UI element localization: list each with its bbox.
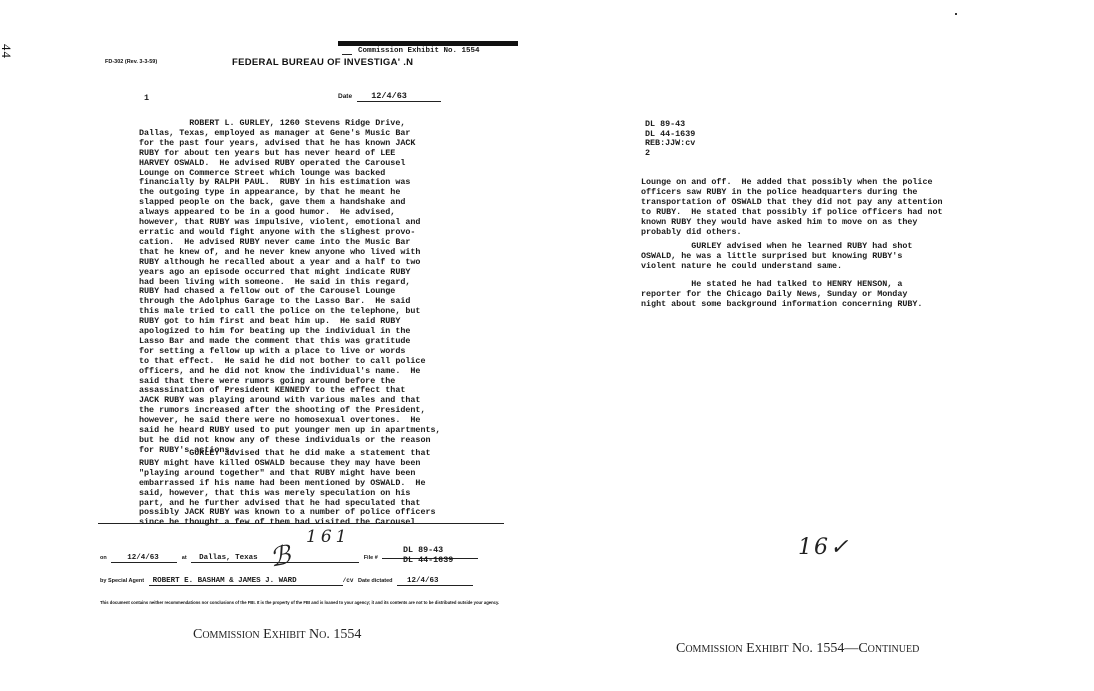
handwritten-number: 161 (306, 527, 350, 547)
sheet-number: 1 (144, 93, 149, 103)
interview-date: 12/4/63 (111, 554, 177, 563)
file-header: DL 89-43 DL 44-1639 REB:JJW:cv 2 (645, 120, 695, 159)
dictated-label: Date dictated (358, 578, 393, 584)
at-label: at (182, 555, 187, 561)
bureau-title: FEDERAL BUREAU OF INVESTIGA' .N (232, 57, 413, 68)
footer-rule (98, 523, 504, 524)
agent-label: by Special Agent (100, 578, 144, 584)
date-line: Date 12/4/63 (338, 91, 441, 102)
file-numbers: DL 89-43 DL 44-1639 (403, 546, 453, 565)
date-label: Date (338, 93, 352, 100)
rotated-page-number: 44 (0, 44, 14, 59)
handwritten-number: 16✓ (798, 535, 850, 560)
file-label: File # (364, 555, 378, 561)
on-label: on (100, 555, 107, 561)
date-value: 12/4/63 (357, 91, 441, 102)
disclaimer: This document contains neither recommend… (100, 600, 505, 605)
dictated-date: 12/4/63 (397, 577, 473, 586)
continued-paragraph-3: He stated he had talked to HENRY HENSON,… (641, 280, 922, 310)
interview-location: Dallas, Texas (191, 554, 359, 563)
exhibit-caption: Commission Exhibit No. 1554 (193, 627, 361, 643)
redaction-bar (338, 41, 518, 46)
continued-paragraph-2: GURLEY advised when he learned RUBY had … (641, 242, 912, 272)
exhibit-header: Commission Exhibit No. 1554 (358, 47, 480, 55)
exhibit-caption-continued: Commission Exhibit No. 1554—Continued (676, 641, 919, 657)
report-paragraph-2: GURLEY advised that he did make a statem… (139, 449, 436, 528)
header-dash (342, 54, 352, 55)
typist-initials: /cv (343, 577, 354, 584)
form-code: FD-302 (Rev. 3-3-59) (105, 59, 157, 65)
continued-paragraph-1: Lounge on and off. He added that possibl… (641, 178, 943, 237)
scan-speck (955, 13, 957, 15)
agent-row: by Special Agent ROBERT E. BASHAM & JAME… (100, 577, 473, 586)
report-paragraph-1: ROBERT L. GURLEY, 1260 Stevens Ridge Dri… (139, 119, 441, 456)
agent-names: ROBERT E. BASHAM & JAMES J. WARD (149, 577, 343, 586)
